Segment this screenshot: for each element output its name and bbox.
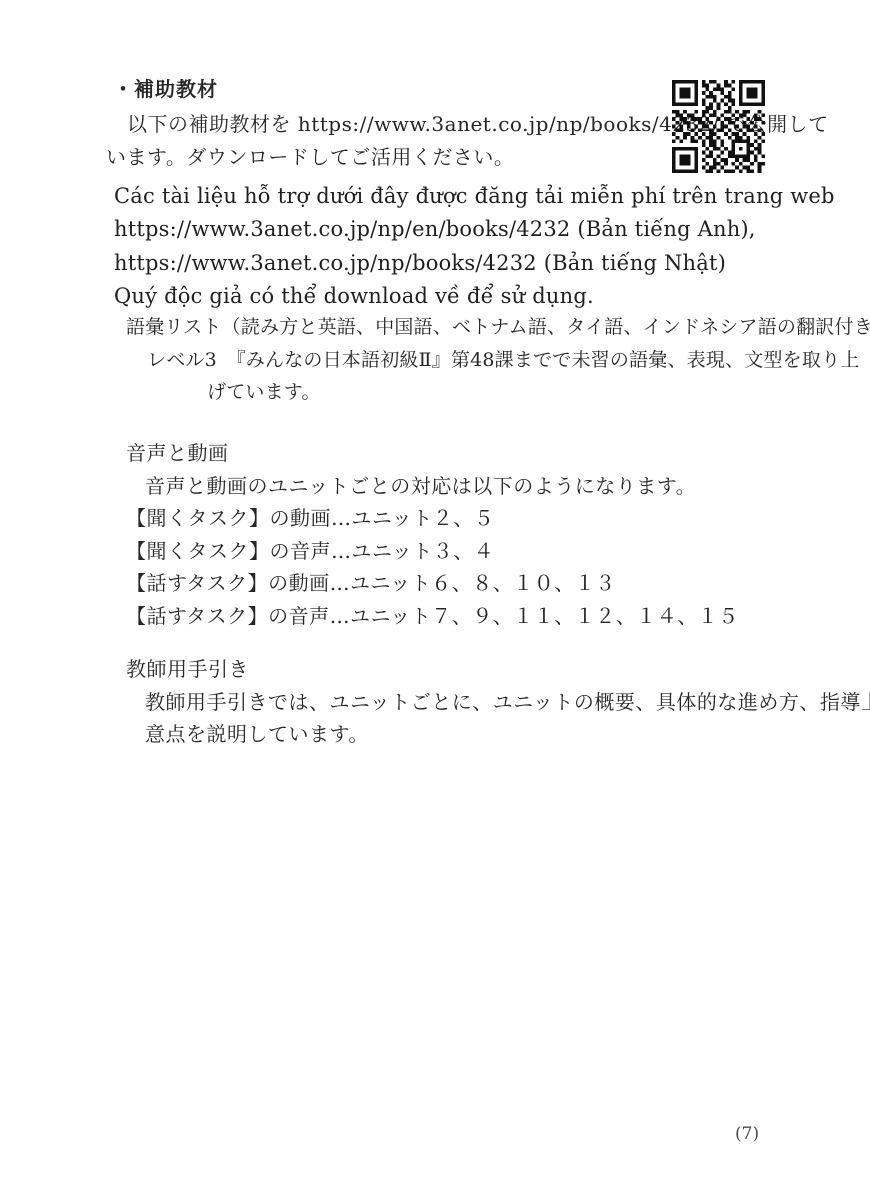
audio-video-item-speaking-video: 【話すタスク】の動画…ユニット６、８、１０、１３ [126, 572, 616, 595]
vietnamese-note-line-3: https://www.3anet.co.jp/np/books/4232 (B… [114, 251, 726, 275]
vocab-list-title-line: 語彙リスト（読み方と英語、中国語、ベトナム語、タイ語、インドネシア語の翻訳付き） [126, 317, 870, 339]
qr-code [672, 80, 765, 173]
teacher-guide-heading: 教師用手引き [126, 658, 249, 681]
supplementary-materials-heading: ・補助教材 [113, 78, 218, 101]
teacher-guide-line-2: 意点を説明しています。 [145, 723, 369, 746]
vietnamese-note-line-2: https://www.3anet.co.jp/np/en/books/4232… [114, 217, 756, 241]
vocab-list-detail-line-2: げています。 [207, 382, 321, 404]
audio-video-item-speaking-audio: 【話すタスク】の音声…ユニット７、９、１１、１２、１４、１５ [126, 605, 739, 628]
page-number: (7) [735, 1124, 759, 1144]
audio-video-item-listening-video: 【聞くタスク】の動画…ユニット２、５ [126, 507, 494, 530]
vocab-list-detail-line-1: レベル3 『みんなの日本語初級Ⅱ』第48課までで未習の語彙、表現、文型を取り上 [147, 350, 859, 372]
vocab-list-label: 語彙リスト [126, 316, 222, 338]
audio-video-intro: 音声と動画のユニットごとの対応は以下のようになります。 [145, 475, 696, 498]
vietnamese-note-line-4: Quý độc giả có thể download về để sử dụn… [114, 284, 594, 308]
vocab-list-label-note: （読み方と英語、中国語、ベトナム語、タイ語、インドネシア語の翻訳付き） [222, 316, 870, 338]
supplementary-intro-line-2: います。ダウンロードしてご活用ください。 [106, 146, 514, 169]
audio-video-heading: 音声と動画 [126, 442, 229, 465]
teacher-guide-line-1: 教師用手引きでは、ユニットごとに、ユニットの概要、具体的な進め方、指導上の留 [145, 691, 870, 714]
audio-video-item-listening-audio: 【聞くタスク】の音声…ユニット３、４ [126, 540, 494, 563]
vietnamese-note-line-1: Các tài liệu hỗ trợ dưới đây được đăng t… [114, 184, 835, 208]
document-page: ・補助教材 以下の補助教材を https://www.3anet.co.jp/n… [0, 0, 870, 1200]
